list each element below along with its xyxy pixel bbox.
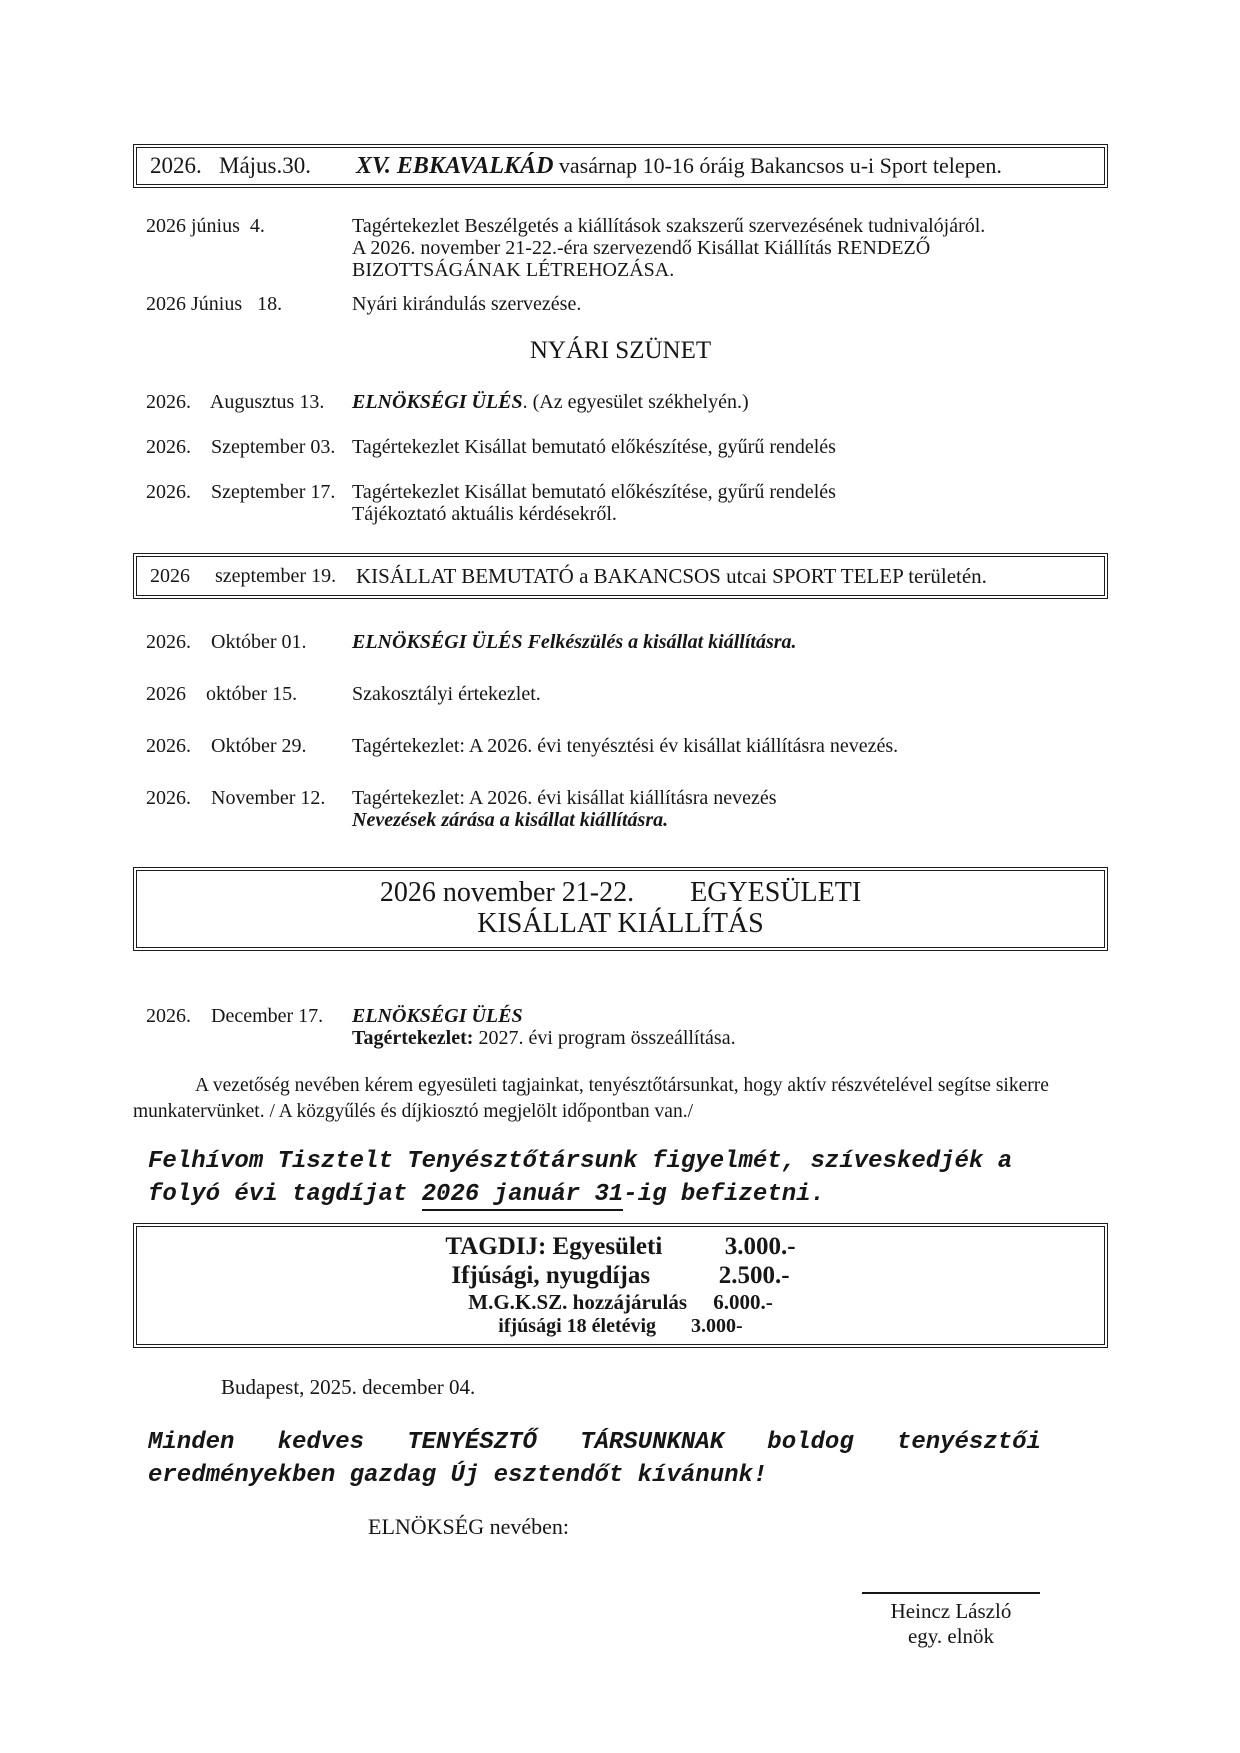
signature-block: Heincz László egy. elnök <box>862 1592 1040 1649</box>
wish-line2: eredményekben gazdag Új esztendőt kívánu… <box>148 1459 1108 1492</box>
place-date: Budapest, 2025. december 04. <box>133 1374 1108 1400</box>
exhibition-line2: KISÁLLAT KIÁLLÍTÁS <box>137 908 1104 939</box>
fee-notice-line2-pre: folyó évi tagdíjat <box>148 1181 422 1208</box>
fee-notice-line2: folyó évi tagdíjat 2026 január 31-ig bef… <box>148 1178 1108 1211</box>
row-desc-line: Szakosztályi értekezlet. <box>352 683 1108 705</box>
row-description: Nyári kirándulás szervezése. <box>352 293 1108 315</box>
event-box-sep19: 2026 szeptember 19. KISÁLLAT BEMUTATÓ a … <box>133 553 1108 599</box>
row-description: Szakosztályi értekezlet. <box>352 683 1108 705</box>
row-desc-tail: . (Az egyesület székhelyén.) <box>523 391 749 413</box>
row-desc-emphasis: ELNÖKSÉGI ÜLÉS <box>352 391 523 413</box>
schedule-row-jun4: 2026 június 4. Tagértekezlet Beszélgetés… <box>133 215 1108 281</box>
row-description: ELNÖKSÉGI ÜLÉS. (Az egyesület székhelyén… <box>352 391 1108 413</box>
new-year-wish: Minden kedves TENYÉSZTŐ TÁRSUNKNAK boldo… <box>133 1426 1108 1492</box>
row-description: Tagértekezlet Beszélgetés a kiállítások … <box>352 215 1108 281</box>
row-desc-line: A 2026. november 21-22.-éra szervezendő … <box>352 237 1108 259</box>
row-desc-line: Tagértekezlet: A 2026. évi tenyésztési é… <box>352 735 1108 757</box>
event-description: KISÁLLAT BEMUTATÓ a BAKANCSOS utcai SPOR… <box>356 564 1104 588</box>
event-description: XV. EBKAVALKÁD vasárnap 10-16 óráig Baka… <box>356 153 1104 179</box>
row-desc-tail: 2027. évi program összeállítása. <box>473 1027 735 1049</box>
fee-line-youth-pensioner: Ifjúsági, nyugdíjas 2.500.- <box>137 1261 1104 1290</box>
schedule-row-nov12: 2026. November 12. Tagértekezlet: A 2026… <box>133 787 1108 831</box>
schedule-row-okt01: 2026. Október 01. ELNÖKSÉGI ÜLÉS Felkész… <box>133 631 1108 653</box>
row-date: 2026. Szeptember 17. <box>133 481 352 503</box>
wish-line1: Minden kedves TENYÉSZTŐ TÁRSUNKNAK boldo… <box>148 1426 1108 1459</box>
schedule-row-okt29: 2026. Október 29. Tagértekezlet: A 2026.… <box>133 735 1108 757</box>
exhibition-box: 2026 november 21-22. EGYESÜLETI KISÁLLAT… <box>133 867 1108 951</box>
row-desc-line: Tagértekezlet: 2027. évi program összeál… <box>352 1027 1108 1049</box>
signature-line <box>862 1592 1040 1594</box>
exhibition-line1: 2026 november 21-22. EGYESÜLETI <box>137 877 1104 908</box>
row-desc-line-emphasis: Nevezések zárása a kisállat kiállításra. <box>352 809 1108 831</box>
row-desc-line: Nyári kirándulás szervezése. <box>352 293 1108 315</box>
fee-line-youth18: ifjúsági 18 életévig 3.000- <box>137 1315 1104 1338</box>
schedule-row-jun18: 2026 Június 18. Nyári kirándulás szervez… <box>133 293 1108 315</box>
event-title: XV. EBKAVALKÁD <box>356 153 553 179</box>
row-description: Tagértekezlet Kisállat bemutató előkészí… <box>352 481 1108 525</box>
closing-paragraph: A vezetőség nevében kérem egyesületi tag… <box>133 1073 1108 1125</box>
fee-notice-line1: Felhívom Tisztelt Tenyésztőtársunk figye… <box>148 1145 1108 1178</box>
fee-notice-line2-post: -ig befizetni. <box>623 1181 825 1208</box>
row-date: 2026. December 17. <box>133 1005 352 1027</box>
document-page: 2026. Május.30. XV. EBKAVALKÁD vasárnap … <box>0 0 1240 1753</box>
fee-deadline-underlined: 2026 január 31 <box>422 1181 624 1211</box>
schedule-row-sep03: 2026. Szeptember 03. Tagértekezlet Kisál… <box>133 436 1108 458</box>
row-desc-line: BIZOTTSÁGÁNAK LÉTREHOZÁSA. <box>352 259 1108 281</box>
row-desc-line: Tagértekezlet Kisállat bemutató előkészí… <box>352 481 1108 503</box>
row-date: 2026. Szeptember 03. <box>133 436 352 458</box>
event-box-may30: 2026. Május.30. XV. EBKAVALKÁD vasárnap … <box>133 144 1108 188</box>
paragraph-line: munkatervünket. / A közgyűlés és díjkios… <box>133 1099 1108 1125</box>
row-date: 2026 Június 18. <box>133 293 352 315</box>
fee-line-mgksz: M.G.K.SZ. hozzájárulás 6.000.- <box>137 1290 1104 1315</box>
row-date: 2026 június 4. <box>133 215 352 237</box>
on-behalf-label: ELNÖKSÉG nevében: <box>133 1514 1108 1540</box>
event-title-tail: vasárnap 10-16 óráig Bakancsos u-i Sport… <box>553 153 1001 178</box>
row-date: 2026. Október 01. <box>133 631 352 653</box>
schedule-row-aug13: 2026. Augusztus 13. ELNÖKSÉGI ÜLÉS. (Az … <box>133 391 1108 413</box>
row-desc-line-emphasis: ELNÖKSÉGI ÜLÉS <box>352 1005 1108 1027</box>
row-desc-line: Tagértekezlet Beszélgetés a kiállítások … <box>352 215 1108 237</box>
row-desc-bold: Tagértekezlet: <box>352 1027 473 1049</box>
schedule-row-dec17: 2026. December 17. ELNÖKSÉGI ÜLÉS Tagért… <box>133 1005 1108 1049</box>
row-description: Tagértekezlet: A 2026. évi tenyésztési é… <box>352 735 1108 757</box>
signatory-title: egy. elnök <box>862 1624 1040 1649</box>
row-description: ELNÖKSÉGI ÜLÉS Tagértekezlet: 2027. évi … <box>352 1005 1108 1049</box>
row-description: ELNÖKSÉGI ÜLÉS Felkészülés a kisállat ki… <box>352 631 1108 653</box>
row-date: 2026. Augusztus 13. <box>133 391 352 413</box>
row-desc-line: Tagértekezlet Kisállat bemutató előkészí… <box>352 436 1108 458</box>
event-date: 2026 szeptember 19. <box>137 564 356 588</box>
signatory-name: Heincz László <box>862 1599 1040 1624</box>
fee-line-association: TAGDIJ: Egyesületi 3.000.- <box>137 1232 1104 1261</box>
event-date: 2026. Május.30. <box>137 153 356 179</box>
paragraph-line: A vezetőség nevében kérem egyesületi tag… <box>133 1073 1108 1099</box>
row-desc-line: Tagértekezlet: A 2026. évi kisállat kiál… <box>352 787 1108 809</box>
row-date: 2026. November 12. <box>133 787 352 809</box>
fee-notice: Felhívom Tisztelt Tenyésztőtársunk figye… <box>133 1145 1108 1211</box>
schedule-row-okt15: 2026 október 15. Szakosztályi értekezlet… <box>133 683 1108 705</box>
row-date: 2026 október 15. <box>133 683 352 705</box>
schedule-row-sep17: 2026. Szeptember 17. Tagértekezlet Kisál… <box>133 481 1108 525</box>
fees-box: TAGDIJ: Egyesületi 3.000.- Ifjúsági, nyu… <box>133 1223 1108 1348</box>
row-desc-line: Tájékoztató aktuális kérdésekről. <box>352 503 1108 525</box>
row-date: 2026. Október 29. <box>133 735 352 757</box>
row-description: Tagértekezlet: A 2026. évi kisállat kiál… <box>352 787 1108 831</box>
row-description: Tagértekezlet Kisállat bemutató előkészí… <box>352 436 1108 458</box>
summer-break-heading: NYÁRI SZÜNET <box>133 337 1108 365</box>
row-desc-emphasis: ELNÖKSÉGI ÜLÉS Felkészülés a kisállat ki… <box>352 631 797 653</box>
